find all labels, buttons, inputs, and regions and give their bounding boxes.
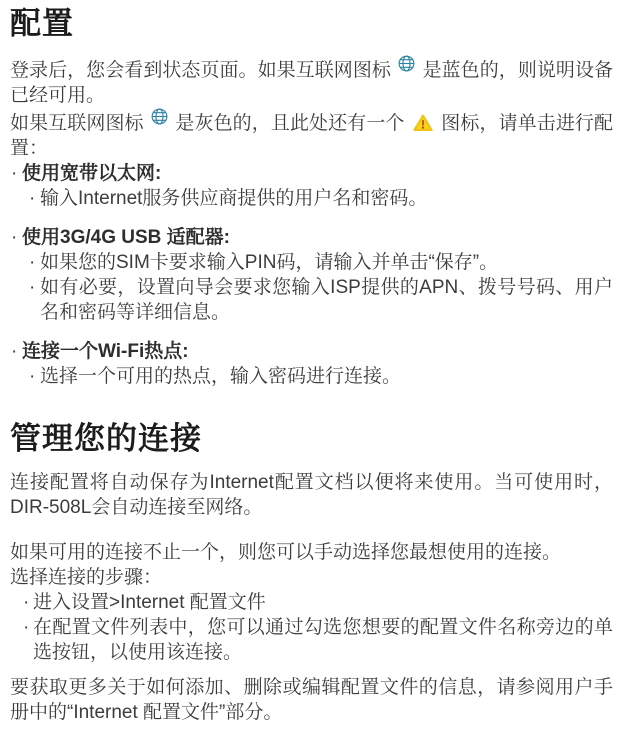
bullet-marker: · [28,250,40,275]
intro-text-2b: 是灰色的，且此处还有一个 [170,113,410,134]
list-subitem-text: 选择一个可用的热点，输入密码进行连接。 [40,364,613,389]
bullet-marker: · [28,275,40,325]
list-item-title-row: ·使用3G/4G USB 适配器: [10,225,613,250]
manage-title: 管理您的连接 [10,421,613,457]
section-configure: 配置 登录后，您会看到状态页面。如果互联网图标 是蓝色的，则说明设备已经可用。 … [10,6,613,389]
list-item-title-row: ·连接一个Wi-Fi热点: [10,339,613,364]
configure-options-list: ·使用宽带以太网: ·输入Internet服务供应商提供的用户名和密码。 ·使用… [10,161,613,389]
list-subitem: ·如果您的SIM卡要求输入PIN码，请输入并单击“保存”。 [10,250,613,275]
configure-title: 配置 [10,6,613,42]
intro-paragraph-2: 如果互联网图标 是灰色的，且此处还有一个 图标，请单击进行配置： [10,108,613,161]
manage-steps-label: 选择连接的步骤： [10,565,613,590]
list-item-go-to-settings: ·进入设置>Internet 配置文件 [10,590,613,615]
list-subitem-text: 输入Internet服务供应商提供的用户名和密码。 [40,186,613,211]
internet-globe-icon [149,108,170,136]
list-item-text: 在配置文件列表中，您可以通过勾选您想要的配置文件名称旁边的单选按钮，以使用该连接… [33,615,613,665]
document-page: 配置 登录后，您会看到状态页面。如果互联网图标 是蓝色的，则说明设备已经可用。 … [0,0,624,749]
list-item-title: 连接一个Wi-Fi热点: [22,339,613,364]
bullet-marker: · [10,339,22,364]
manage-paragraph-3: 要获取更多关于如何添加、删除或编辑配置文件的信息，请参阅用户手册中的“Inter… [10,675,613,725]
internet-globe-icon [396,55,417,83]
list-subitem: ·如有必要，设置向导会要求您输入ISP提供的APN、拨号号码、用户名和密码等详细… [10,275,613,325]
manage-steps-list: ·进入设置>Internet 配置文件 ·在配置文件列表中，您可以通过勾选您想要… [10,590,613,665]
list-item-title-row: ·使用宽带以太网: [10,161,613,186]
bullet-marker: · [28,186,40,211]
list-item-wifi-hotspot: ·连接一个Wi-Fi热点: ·选择一个可用的热点，输入密码进行连接。 [10,339,613,389]
list-item-profile-list: ·在配置文件列表中，您可以通过勾选您想要的配置文件名称旁边的单选按钮，以使用该连… [10,615,613,665]
list-item-title: 使用宽带以太网: [22,161,613,186]
bullet-marker: · [23,590,33,615]
bullet-marker: · [28,364,40,389]
bullet-marker: · [10,225,22,250]
manage-paragraph-1: 连接配置将自动保存为Internet配置文档以便将来使用。当可使用时，DIR-5… [10,470,613,520]
list-item-usb-adapter: ·使用3G/4G USB 适配器: ·如果您的SIM卡要求输入PIN码，请输入并… [10,225,613,325]
bullet-marker: · [23,615,33,665]
list-subitem: ·输入Internet服务供应商提供的用户名和密码。 [10,186,613,211]
list-item-title: 使用3G/4G USB 适配器: [22,225,613,250]
list-subitem-text: 如果您的SIM卡要求输入PIN码，请输入并单击“保存”。 [40,250,613,275]
list-subitem: ·选择一个可用的热点，输入密码进行连接。 [10,364,613,389]
bullet-marker: · [10,161,22,186]
section-manage-connections: 管理您的连接 连接配置将自动保存为Internet配置文档以便将来使用。当可使用… [10,421,613,725]
warning-icon [410,111,436,136]
manage-paragraph-2: 如果可用的连接不止一个，则您可以手动选择您最想使用的连接。 [10,540,613,565]
intro-text-1a: 登录后，您会看到状态页面。如果互联网图标 [10,60,396,81]
intro-paragraph-1: 登录后，您会看到状态页面。如果互联网图标 是蓝色的，则说明设备已经可用。 [10,55,613,108]
list-subitem-text: 如有必要，设置向导会要求您输入ISP提供的APN、拨号号码、用户名和密码等详细信… [40,275,613,325]
list-item-text: 进入设置>Internet 配置文件 [33,590,613,615]
intro-text-2a: 如果互联网图标 [10,113,149,134]
list-item-ethernet: ·使用宽带以太网: ·输入Internet服务供应商提供的用户名和密码。 [10,161,613,211]
